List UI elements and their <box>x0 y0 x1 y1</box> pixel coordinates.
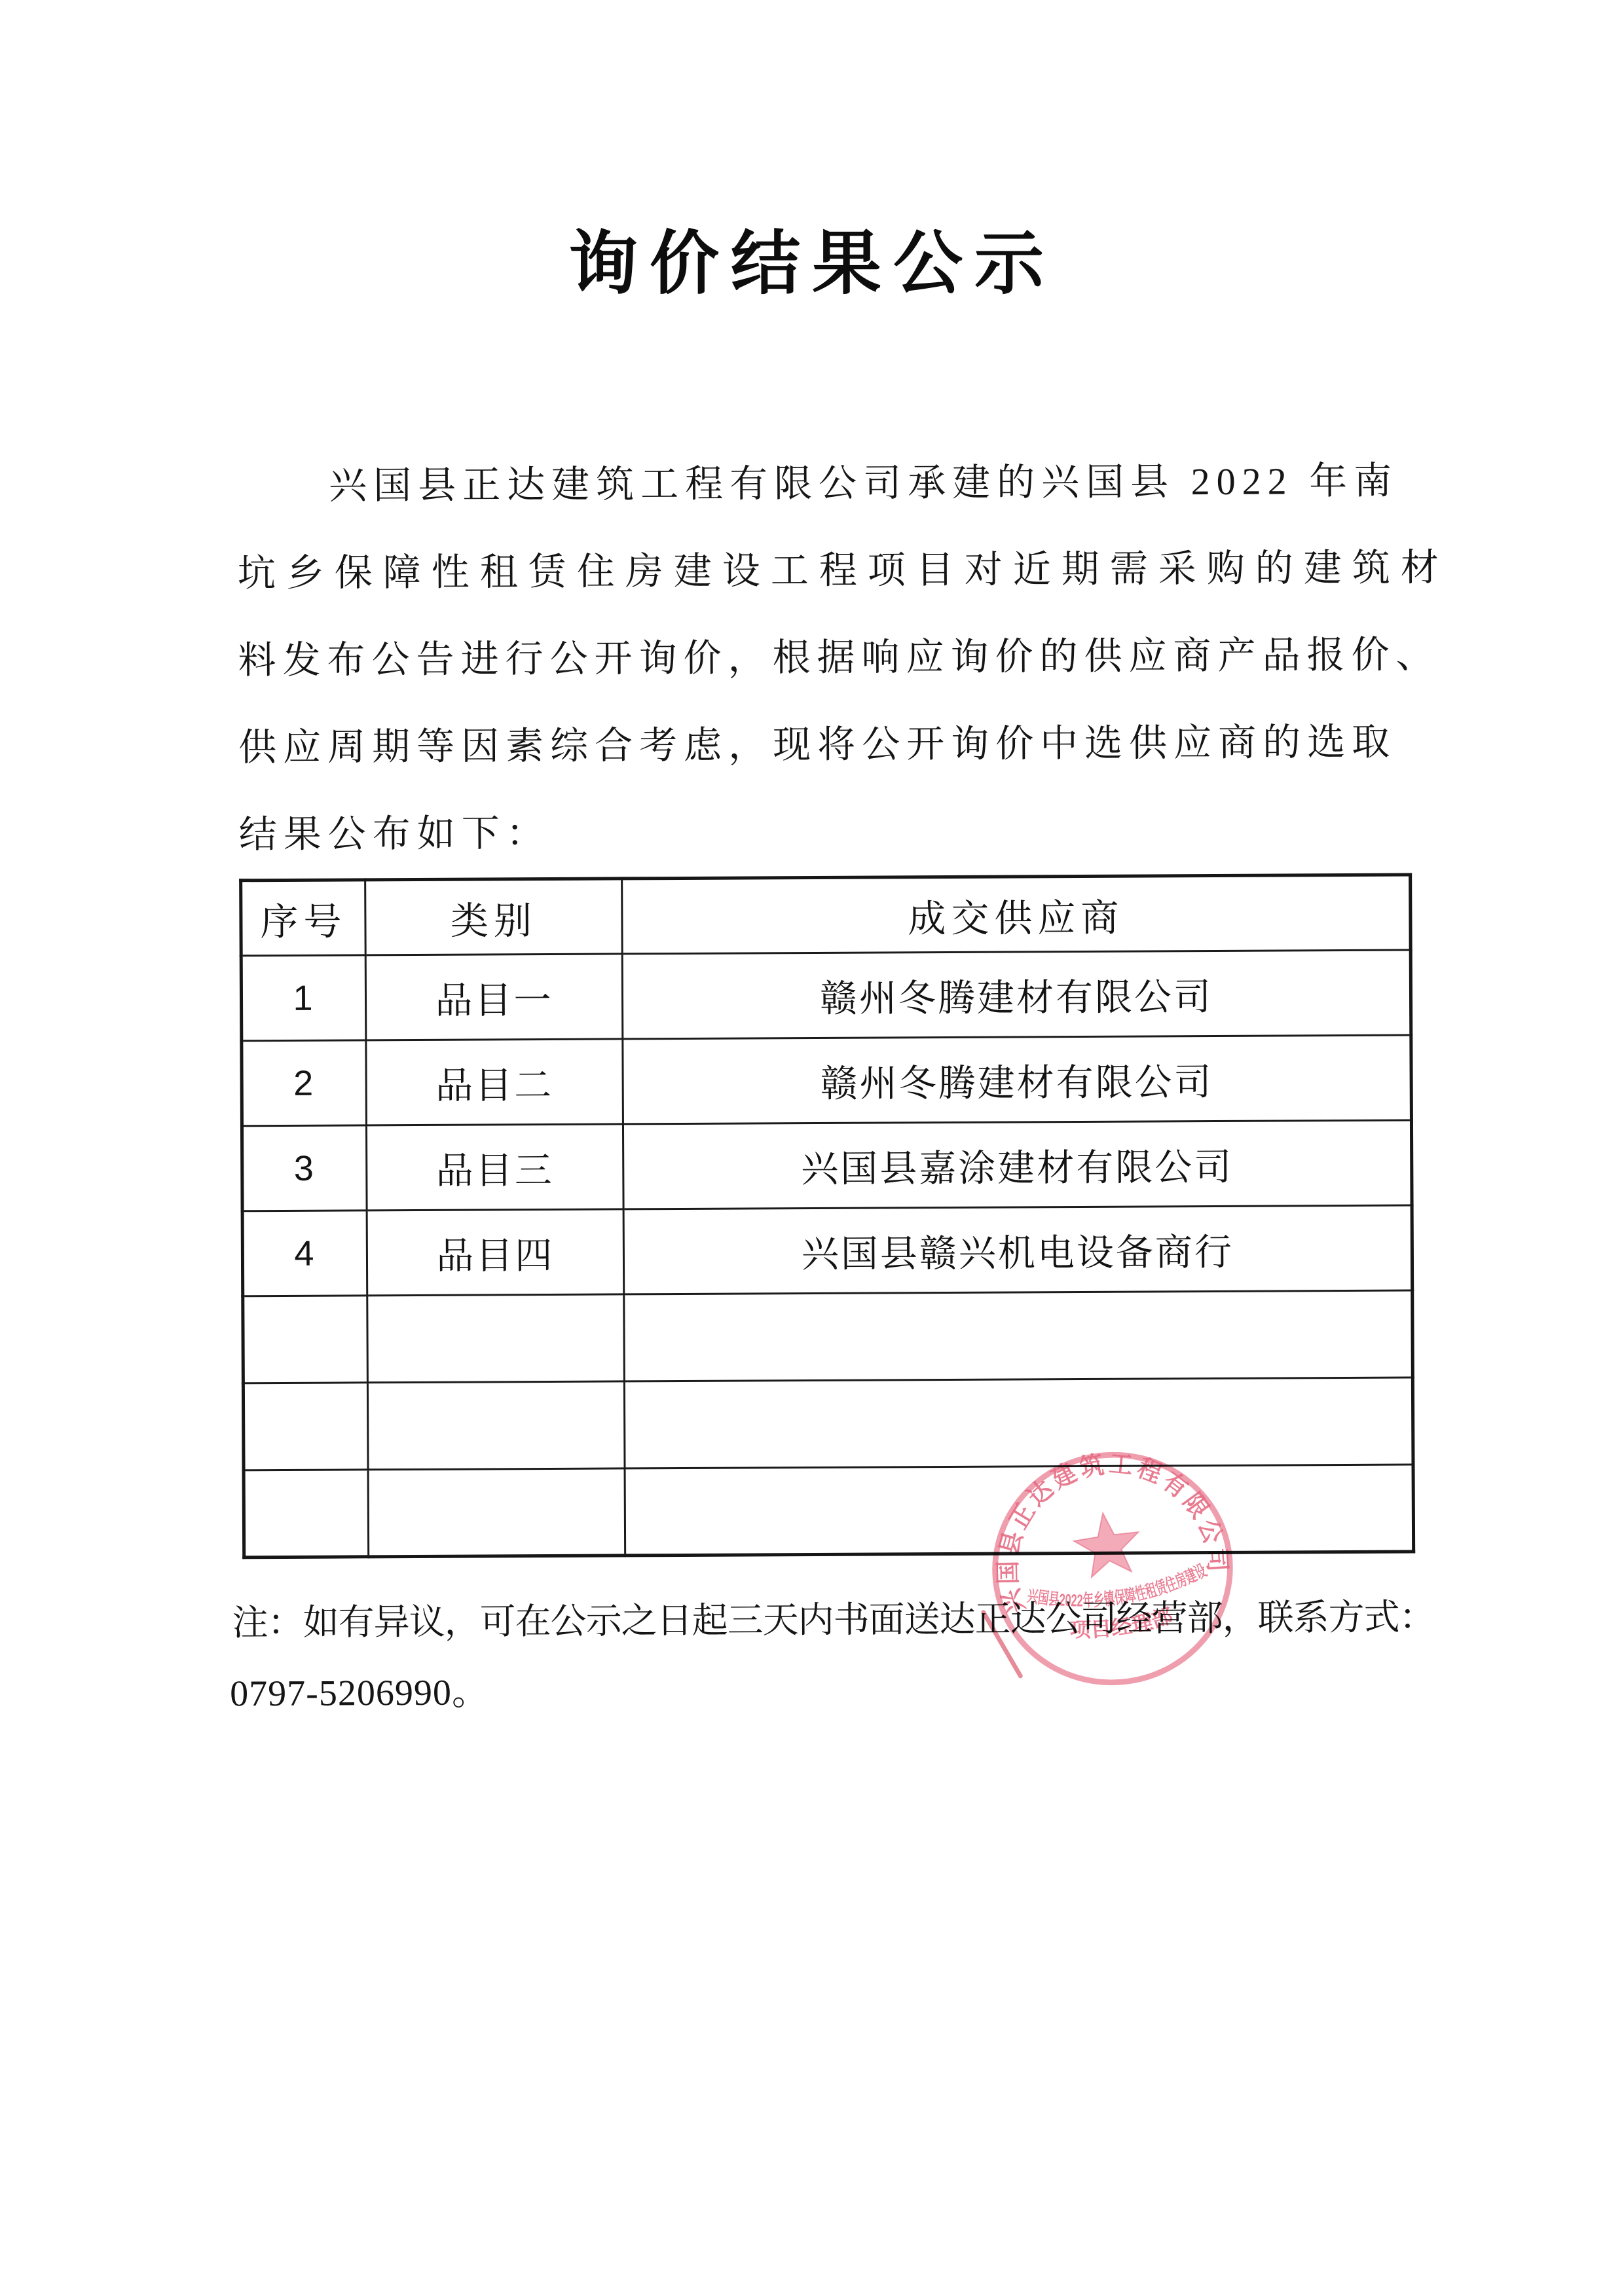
body-line-1: 兴国县正达建筑工程有限公司承建的兴国县 2022 年南 <box>237 437 1410 530</box>
cell-seq: 2 <box>242 1040 367 1126</box>
header-cell-seq: 序号 <box>241 880 366 956</box>
supplier-result-table: 序号 类别 成交供应商 1 品目一 赣州冬腾建材有限公司 2 品目二 赣州冬腾建… <box>239 873 1415 1559</box>
cell-seq: 3 <box>242 1125 367 1211</box>
cell-category: 品目二 <box>366 1039 623 1125</box>
scan-skew-wrapper: 兴国县正达建筑工程有限公司承建的兴国县 2022 年南 坑乡保障性租赁住房建设工… <box>0 0 1624 2296</box>
body-line-2: 坑乡保障性租赁住房建设工程项目对近期需采购的建筑材 <box>238 524 1411 617</box>
seal-star-icon <box>1071 1508 1143 1578</box>
body-line-3: 料发布公告进行公开询价，根据响应询价的供应商产品报价、 <box>238 611 1411 704</box>
cell-category <box>367 1381 625 1470</box>
company-seal-stamp: 兴国县正达建筑工程有限公司 兴国县2022年乡镇保障性租赁住房建设工程 项目经理… <box>966 1425 1259 1712</box>
table-row-empty <box>243 1290 1413 1383</box>
document-page: 询价结果公示 兴国县正达建筑工程有限公司承建的兴国县 2022 年南 坑乡保障性… <box>0 0 1624 2296</box>
cell-category <box>368 1468 625 1557</box>
body-paragraph: 兴国县正达建筑工程有限公司承建的兴国县 2022 年南 坑乡保障性租赁住房建设工… <box>237 437 1411 879</box>
body-line-5: 结果公布如下： <box>238 786 1411 879</box>
header-cell-category: 类别 <box>365 879 623 955</box>
header-cell-supplier: 成交供应商 <box>622 875 1411 954</box>
cell-category: 品目四 <box>367 1209 624 1296</box>
cell-seq <box>243 1383 368 1470</box>
cell-category: 品目一 <box>365 954 623 1040</box>
table-row: 1 品目一 赣州冬腾建材有限公司 <box>241 950 1411 1041</box>
table-row-empty <box>243 1377 1413 1470</box>
note-phone: 0797-5206990。 <box>230 1669 489 1717</box>
cell-seq <box>243 1296 368 1383</box>
cell-supplier: 赣州冬腾建材有限公司 <box>623 1035 1412 1124</box>
table-row: 2 品目二 赣州冬腾建材有限公司 <box>242 1035 1412 1126</box>
cell-supplier: 赣州冬腾建材有限公司 <box>622 950 1411 1039</box>
cell-seq <box>244 1470 369 1558</box>
body-line-4: 供应周期等因素综合考虑，现将公开询价中选供应商的选取 <box>238 699 1411 792</box>
table-row: 4 品目四 兴国县赣兴机电设备商行 <box>242 1205 1412 1296</box>
cell-category <box>367 1294 625 1383</box>
table-header-row: 序号 类别 成交供应商 <box>241 875 1411 956</box>
cell-supplier: 兴国县嘉涂建材有限公司 <box>623 1120 1412 1209</box>
table-row: 3 品目三 兴国县嘉涂建材有限公司 <box>242 1120 1412 1211</box>
cell-supplier <box>624 1290 1413 1381</box>
cell-seq: 1 <box>241 955 366 1041</box>
cell-supplier: 兴国县赣兴机电设备商行 <box>623 1205 1412 1294</box>
cell-seq: 4 <box>242 1211 367 1296</box>
cell-category: 品目三 <box>366 1124 623 1211</box>
